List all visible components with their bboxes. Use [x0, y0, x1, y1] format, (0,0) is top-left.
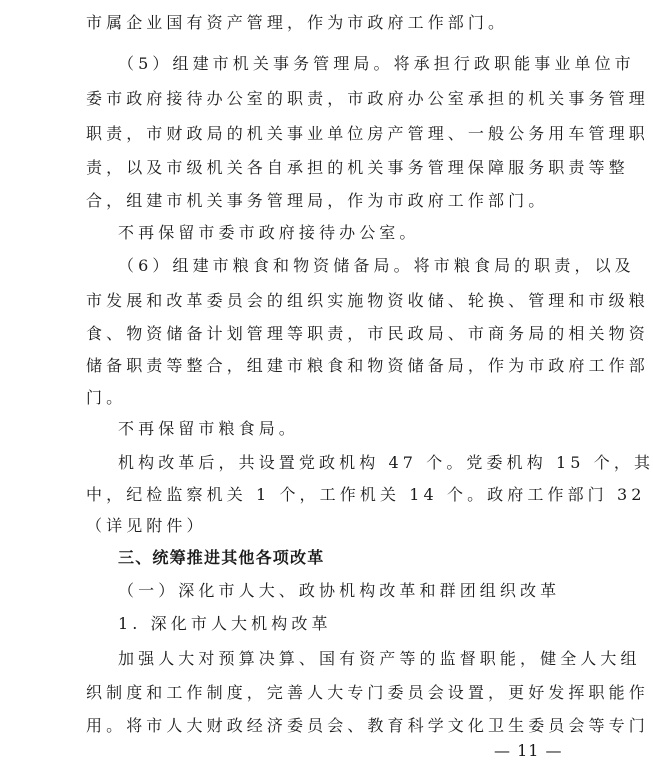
body-line: 不再保留市粮食局。 — [118, 418, 572, 440]
subsection-heading: （一）深化市人大、政协机构改革和群团组织改革 — [118, 580, 572, 602]
body-line: 责，以及市级机关各自承担的机关事务管理保障服务职责等整 — [86, 157, 572, 179]
body-line: 合，组建市机关事务管理局，作为市政府工作部门。 — [86, 190, 572, 212]
body-line: 市属企业国有资产管理，作为市政府工作部门。 — [86, 12, 572, 34]
body-line: 储备职责等整合，组建市粮食和物资储备局，作为市政府工作部 — [86, 355, 572, 377]
body-line: （5）组建市机关事务管理局。将承担行政职能事业单位市 — [118, 53, 572, 75]
body-line: 职责，市财政局的机关事业单位房产管理、一般公务用车管理职 — [86, 123, 572, 145]
body-line: 用。将市人大财政经济委员会、教育科学文化卫生委员会等专门 — [86, 715, 572, 737]
page-number: — 11 — — [494, 740, 563, 762]
body-line: 不再保留市委市政府接待办公室。 — [118, 222, 572, 244]
body-line: 门。 — [86, 387, 572, 409]
subsection-heading: 1. 深化市人大机构改革 — [118, 613, 572, 635]
body-line: 市发展和改革委员会的组织实施物资收储、轮换、管理和市级粮 — [86, 290, 572, 312]
body-line: （详见附件） — [86, 515, 572, 537]
body-line: （6）组建市粮食和物资储备局。将市粮食局的职责，以及 — [118, 255, 572, 277]
document-page: 市属企业国有资产管理，作为市政府工作部门。 （5）组建市机关事务管理局。将承担行… — [0, 0, 653, 778]
body-line: 食、物资储备计划管理等职责，市民政局、市商务局的相关物资 — [86, 323, 572, 345]
body-line: 中，纪检监察机关 1 个，工作机关 14 个。政府工作部门 32 个。 — [86, 484, 572, 506]
body-line: 加强人大对预算决算、国有资产等的监督职能，健全人大组 — [118, 648, 572, 670]
body-line: 委市政府接待办公室的职责，市政府办公室承担的机关事务管理 — [86, 88, 572, 110]
body-line: 织制度和工作制度，完善人大专门委员会设置，更好发挥职能作 — [86, 682, 572, 704]
section-heading: 三、统筹推进其他各项改革 — [118, 547, 572, 569]
body-line: 机构改革后，共设置党政机构 47 个。党委机构 15 个，其 — [118, 452, 572, 474]
